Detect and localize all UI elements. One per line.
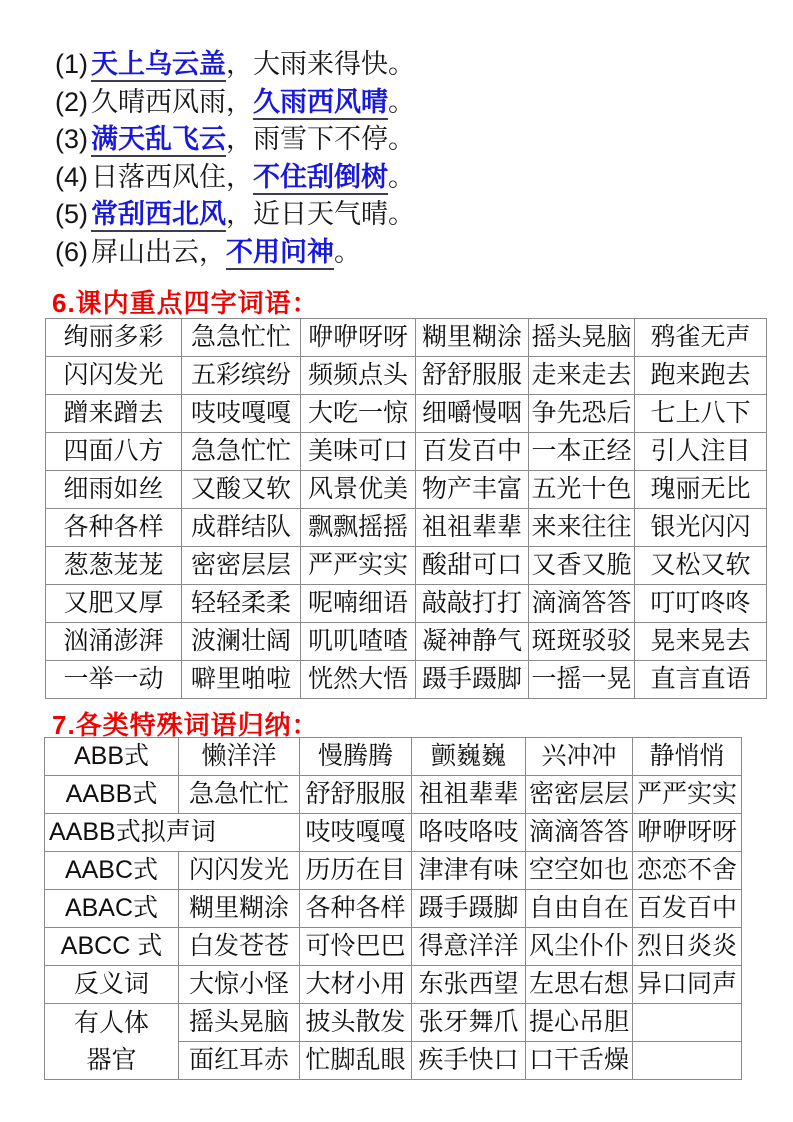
word-cell: 直言直语 <box>635 661 767 699</box>
word-cell: 五光十色 <box>529 471 635 509</box>
section6-row-6: 各种各样成群结队飘飘摇摇祖祖辈辈来来往往银光闪闪 <box>46 509 767 547</box>
word-cell: 密密层层 <box>526 776 633 814</box>
proverb-number: (6) <box>55 237 88 267</box>
section6-row-9: 汹涌澎湃波澜壮阔叽叽喳喳凝神静气斑斑驳驳晃来晃去 <box>46 623 767 661</box>
word-cell: 蹭来蹭去 <box>46 395 182 433</box>
word-cell: 风尘仆仆 <box>526 928 633 966</box>
word-cell: 密密层层 <box>182 547 301 585</box>
word-cell: 面红耳赤 <box>179 1042 300 1080</box>
word-cell: 鸦雀无声 <box>635 319 767 357</box>
word-cell: 飘飘摇摇 <box>301 509 416 547</box>
word-cell: 瑰丽无比 <box>635 471 767 509</box>
word-cell: 糊里糊涂 <box>179 890 300 928</box>
word-cell: 五彩缤纷 <box>182 357 301 395</box>
word-cell: 争先恐后 <box>529 395 635 433</box>
section6-row-10: 一举一动噼里啪啦恍然大悟蹑手蹑脚一摇一晃直言直语 <box>46 661 767 699</box>
word-cell: 风景优美 <box>301 471 416 509</box>
word-cell: 急急忙忙 <box>179 776 300 814</box>
word-cell: 兴冲冲 <box>526 738 633 776</box>
proverb-text: ，雨雪下不停。 <box>226 124 415 154</box>
section6-row-7: 葱葱茏茏密密层层严严实实酸甜可口又香又脆又松又软 <box>46 547 767 585</box>
word-cell: 白发苍苍 <box>179 928 300 966</box>
word-cell: 恍然大悟 <box>301 661 416 699</box>
empty-cell <box>633 1042 742 1080</box>
word-cell: 引人注目 <box>635 433 767 471</box>
word-cell: 反义词 <box>45 966 179 1004</box>
section7-patterns-table: ABB式懒洋洋慢腾腾颤巍巍兴冲冲静悄悄AABB式急急忙忙舒舒服服祖祖辈辈密密层层… <box>44 737 742 1080</box>
word-cell: 成群结队 <box>182 509 301 547</box>
word-cell: 得意洋洋 <box>412 928 526 966</box>
word-cell: 滴滴答答 <box>529 585 635 623</box>
proverb-text: 久晴西风雨， <box>91 87 253 117</box>
word-cell: 滴滴答答 <box>526 814 633 852</box>
proverb-item-5: (5)常刮西北风，近日天气晴。 <box>55 196 415 234</box>
word-cell: 呢喃细语 <box>301 585 416 623</box>
word-cell: 又香又脆 <box>529 547 635 585</box>
word-cell: 又酸又软 <box>182 471 301 509</box>
word-cell: 严严实实 <box>633 776 742 814</box>
word-cell: 舒舒服服 <box>300 776 412 814</box>
section6-row-1: 绚丽多彩急急忙忙咿咿呀呀糊里糊涂摇头晃脑鸦雀无声 <box>46 319 767 357</box>
word-cell: 又肥又厚 <box>46 585 182 623</box>
proverb-number: (2) <box>55 87 88 117</box>
section7-row-1: ABB式懒洋洋慢腾腾颤巍巍兴冲冲静悄悄 <box>45 738 742 776</box>
word-cell: 祖祖辈辈 <box>412 776 526 814</box>
word-cell: 吱吱嘎嘎 <box>300 814 412 852</box>
word-cell: 东张西望 <box>412 966 526 1004</box>
word-cell: ABAC式 <box>45 890 179 928</box>
word-cell: 晃来晃去 <box>635 623 767 661</box>
word-cell: 颤巍巍 <box>412 738 526 776</box>
proverb-text: ，大雨来得快。 <box>226 49 415 79</box>
word-cell: 大吃一惊 <box>301 395 416 433</box>
section6-row-8: 又肥又厚轻轻柔柔呢喃细语敲敲打打滴滴答答叮叮咚咚 <box>46 585 767 623</box>
word-cell: 烈日炎炎 <box>633 928 742 966</box>
word-cell: 又松又软 <box>635 547 767 585</box>
word-cell: AABB式拟声词 <box>45 814 300 852</box>
word-cell: 有人体器官 <box>45 1004 179 1080</box>
section6-row-3: 蹭来蹭去吱吱嘎嘎大吃一惊细嚼慢咽争先恐后七上八下 <box>46 395 767 433</box>
word-cell: 摇头晃脑 <box>529 319 635 357</box>
word-cell: 百发百中 <box>633 890 742 928</box>
section7-row-7: 反义词大惊小怪大材小用东张西望左思右想异口同声 <box>45 966 742 1004</box>
word-cell: 大惊小怪 <box>179 966 300 1004</box>
word-cell: 咿咿呀呀 <box>633 814 742 852</box>
word-cell: 跑来跑去 <box>635 357 767 395</box>
proverb-text: 日落西风住， <box>91 162 253 192</box>
word-cell: 空空如也 <box>526 852 633 890</box>
proverb-highlighted-text: 久雨西风晴 <box>253 87 388 120</box>
word-cell: 津津有味 <box>412 852 526 890</box>
word-cell: 吱吱嘎嘎 <box>182 395 301 433</box>
proverb-highlighted-text: 满天乱飞云 <box>91 124 226 157</box>
word-cell: 严严实实 <box>301 547 416 585</box>
word-cell: 酸甜可口 <box>416 547 529 585</box>
word-cell: 急急忙忙 <box>182 433 301 471</box>
word-cell: 异口同声 <box>633 966 742 1004</box>
word-cell: 糊里糊涂 <box>416 319 529 357</box>
proverb-text: ，近日天气晴。 <box>226 199 415 229</box>
section7-heading-text: 7.各类特殊词语归纳： <box>52 710 319 740</box>
word-cell: 咿咿呀呀 <box>301 319 416 357</box>
worksheet-page: (1)天上乌云盖，大雨来得快。(2)久晴西风雨，久雨西风晴。(3)满天乱飞云，雨… <box>0 0 793 1122</box>
proverb-list: (1)天上乌云盖，大雨来得快。(2)久晴西风雨，久雨西风晴。(3)满天乱飞云，雨… <box>55 46 415 271</box>
section6-heading-text: 6.课内重点四字词语： <box>52 288 319 318</box>
word-cell: 提心吊胆 <box>526 1004 633 1042</box>
word-cell: 细雨如丝 <box>46 471 182 509</box>
word-cell: AABB式 <box>45 776 179 814</box>
word-cell: 凝神静气 <box>416 623 529 661</box>
proverb-number: (4) <box>55 162 88 192</box>
word-cell: 银光闪闪 <box>635 509 767 547</box>
section6-heading: 6.课内重点四字词语： <box>52 283 319 320</box>
word-cell: 静悄悄 <box>633 738 742 776</box>
word-cell: 闪闪发光 <box>46 357 182 395</box>
word-cell: 闪闪发光 <box>179 852 300 890</box>
proverb-item-1: (1)天上乌云盖，大雨来得快。 <box>55 46 415 84</box>
section7-row-4: AABC式闪闪发光历历在目津津有味空空如也恋恋不舍 <box>45 852 742 890</box>
word-cell: 可怜巴巴 <box>300 928 412 966</box>
word-cell: 祖祖辈辈 <box>416 509 529 547</box>
proverb-text: 。 <box>388 87 415 117</box>
word-cell: 绚丽多彩 <box>46 319 182 357</box>
word-cell: 美味可口 <box>301 433 416 471</box>
proverb-highlighted-text: 不住刮倒树 <box>253 162 388 195</box>
proverb-item-2: (2)久晴西风雨，久雨西风晴。 <box>55 84 415 122</box>
section7-row-8: 有人体器官摇头晃脑披头散发张牙舞爪提心吊胆 <box>45 1004 742 1042</box>
word-cell: 大材小用 <box>300 966 412 1004</box>
word-cell: 舒舒服服 <box>416 357 529 395</box>
word-cell: 各种各样 <box>46 509 182 547</box>
proverb-number: (3) <box>55 124 88 154</box>
word-cell: 咯吱咯吱 <box>412 814 526 852</box>
word-cell: 频频点头 <box>301 357 416 395</box>
word-cell: 张牙舞爪 <box>412 1004 526 1042</box>
word-cell: 恋恋不舍 <box>633 852 742 890</box>
empty-cell <box>633 1004 742 1042</box>
word-cell: 叮叮咚咚 <box>635 585 767 623</box>
section7-row-6: ABCC 式白发苍苍可怜巴巴得意洋洋风尘仆仆烈日炎炎 <box>45 928 742 966</box>
word-cell: 物产丰富 <box>416 471 529 509</box>
word-cell: 忙脚乱眼 <box>300 1042 412 1080</box>
proverb-text: 。 <box>334 237 361 267</box>
proverb-number: (5) <box>55 199 88 229</box>
word-cell: 百发百中 <box>416 433 529 471</box>
word-cell: 噼里啪啦 <box>182 661 301 699</box>
proverb-text: 。 <box>388 162 415 192</box>
word-cell: 蹑手蹑脚 <box>416 661 529 699</box>
word-cell: 斑斑驳驳 <box>529 623 635 661</box>
word-cell: 叽叽喳喳 <box>301 623 416 661</box>
word-cell: 慢腾腾 <box>300 738 412 776</box>
word-cell: 四面八方 <box>46 433 182 471</box>
proverb-item-6: (6)屏山出云，不用问神。 <box>55 234 415 272</box>
word-cell: 一举一动 <box>46 661 182 699</box>
section7-row-2: AABB式急急忙忙舒舒服服祖祖辈辈密密层层严严实实 <box>45 776 742 814</box>
word-cell: 来来往往 <box>529 509 635 547</box>
proverb-highlighted-text: 常刮西北风 <box>91 199 226 232</box>
word-cell: 蹑手蹑脚 <box>412 890 526 928</box>
word-cell: 汹涌澎湃 <box>46 623 182 661</box>
proverb-highlighted-text: 不用问神 <box>226 237 334 270</box>
word-cell: 一摇一晃 <box>529 661 635 699</box>
word-cell: 走来走去 <box>529 357 635 395</box>
word-cell: 左思右想 <box>526 966 633 1004</box>
proverb-highlighted-text: 天上乌云盖 <box>91 49 226 82</box>
word-cell: 急急忙忙 <box>182 319 301 357</box>
proverb-text: 屏山出云， <box>91 237 226 267</box>
word-cell: 摇头晃脑 <box>179 1004 300 1042</box>
proverb-item-3: (3)满天乱飞云，雨雪下不停。 <box>55 121 415 159</box>
word-cell: 细嚼慢咽 <box>416 395 529 433</box>
section6-row-5: 细雨如丝又酸又软风景优美物产丰富五光十色瑰丽无比 <box>46 471 767 509</box>
word-cell: 一本正经 <box>529 433 635 471</box>
word-cell: 披头散发 <box>300 1004 412 1042</box>
word-cell: AABC式 <box>45 852 179 890</box>
proverb-item-4: (4)日落西风住，不住刮倒树。 <box>55 159 415 197</box>
word-cell: 历历在目 <box>300 852 412 890</box>
section7-row-5: ABAC式糊里糊涂各种各样蹑手蹑脚自由自在百发百中 <box>45 890 742 928</box>
word-cell: 口干舌燥 <box>526 1042 633 1080</box>
word-cell: 懒洋洋 <box>179 738 300 776</box>
word-cell: 各种各样 <box>300 890 412 928</box>
section7-row-3: AABB式拟声词吱吱嘎嘎咯吱咯吱滴滴答答咿咿呀呀 <box>45 814 742 852</box>
word-cell: 七上八下 <box>635 395 767 433</box>
word-cell: 轻轻柔柔 <box>182 585 301 623</box>
word-cell: 疾手快口 <box>412 1042 526 1080</box>
word-cell: 波澜壮阔 <box>182 623 301 661</box>
proverb-number: (1) <box>55 49 88 79</box>
section6-words-table: 绚丽多彩急急忙忙咿咿呀呀糊里糊涂摇头晃脑鸦雀无声闪闪发光五彩缤纷频频点头舒舒服服… <box>45 318 767 699</box>
word-cell: 敲敲打打 <box>416 585 529 623</box>
word-cell: 葱葱茏茏 <box>46 547 182 585</box>
word-cell: 自由自在 <box>526 890 633 928</box>
section6-row-2: 闪闪发光五彩缤纷频频点头舒舒服服走来走去跑来跑去 <box>46 357 767 395</box>
section6-row-4: 四面八方急急忙忙美味可口百发百中一本正经引人注目 <box>46 433 767 471</box>
word-cell: ABCC 式 <box>45 928 179 966</box>
word-cell: ABB式 <box>45 738 179 776</box>
